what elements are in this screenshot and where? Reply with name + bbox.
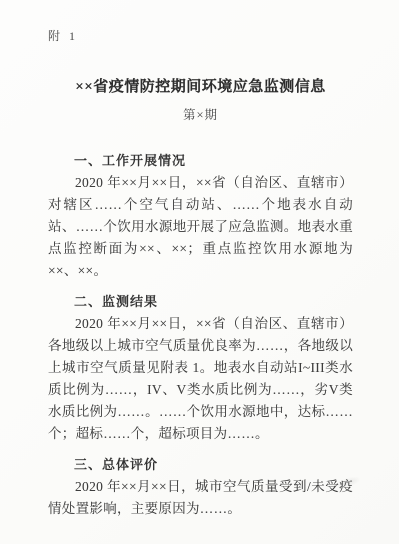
section-heading: 二、监测结果: [48, 291, 353, 313]
issue-number: 第×期: [48, 107, 353, 124]
section-work-progress: 一、工作开展情况 2020 年××月××日，××省（自治区、直辖市）对辖区……个…: [48, 150, 353, 282]
section-overall-evaluation: 三、总体评价 2020 年××月××日，城市空气质量受到/未受疫情处置影响，主要…: [48, 454, 353, 520]
document-content: 附 1 ××省疫情防控期间环境应急监测信息 第×期 一、工作开展情况 2020 …: [0, 0, 399, 520]
attachment-label: 附 1: [48, 28, 353, 44]
section-monitoring-results: 二、监测结果 2020 年××月××日，××省（自治区、直辖市）各地级以上城市空…: [48, 291, 353, 445]
section-paragraph: 2020 年××月××日，城市空气质量受到/未受疫情处置影响，主要原因为……。: [48, 476, 353, 520]
document-title: ××省疫情防控期间环境应急监测信息: [48, 77, 353, 97]
document-page: 附 1 ××省疫情防控期间环境应急监测信息 第×期 一、工作开展情况 2020 …: [0, 0, 399, 544]
section-paragraph: 2020 年××月××日，××省（自治区、直辖市）对辖区……个空气自动站、……个…: [48, 172, 353, 282]
section-paragraph: 2020 年××月××日，××省（自治区、直辖市）各地级以上城市空气质量优良率为…: [48, 313, 353, 445]
section-heading: 一、工作开展情况: [48, 150, 353, 172]
section-heading: 三、总体评价: [48, 454, 353, 476]
